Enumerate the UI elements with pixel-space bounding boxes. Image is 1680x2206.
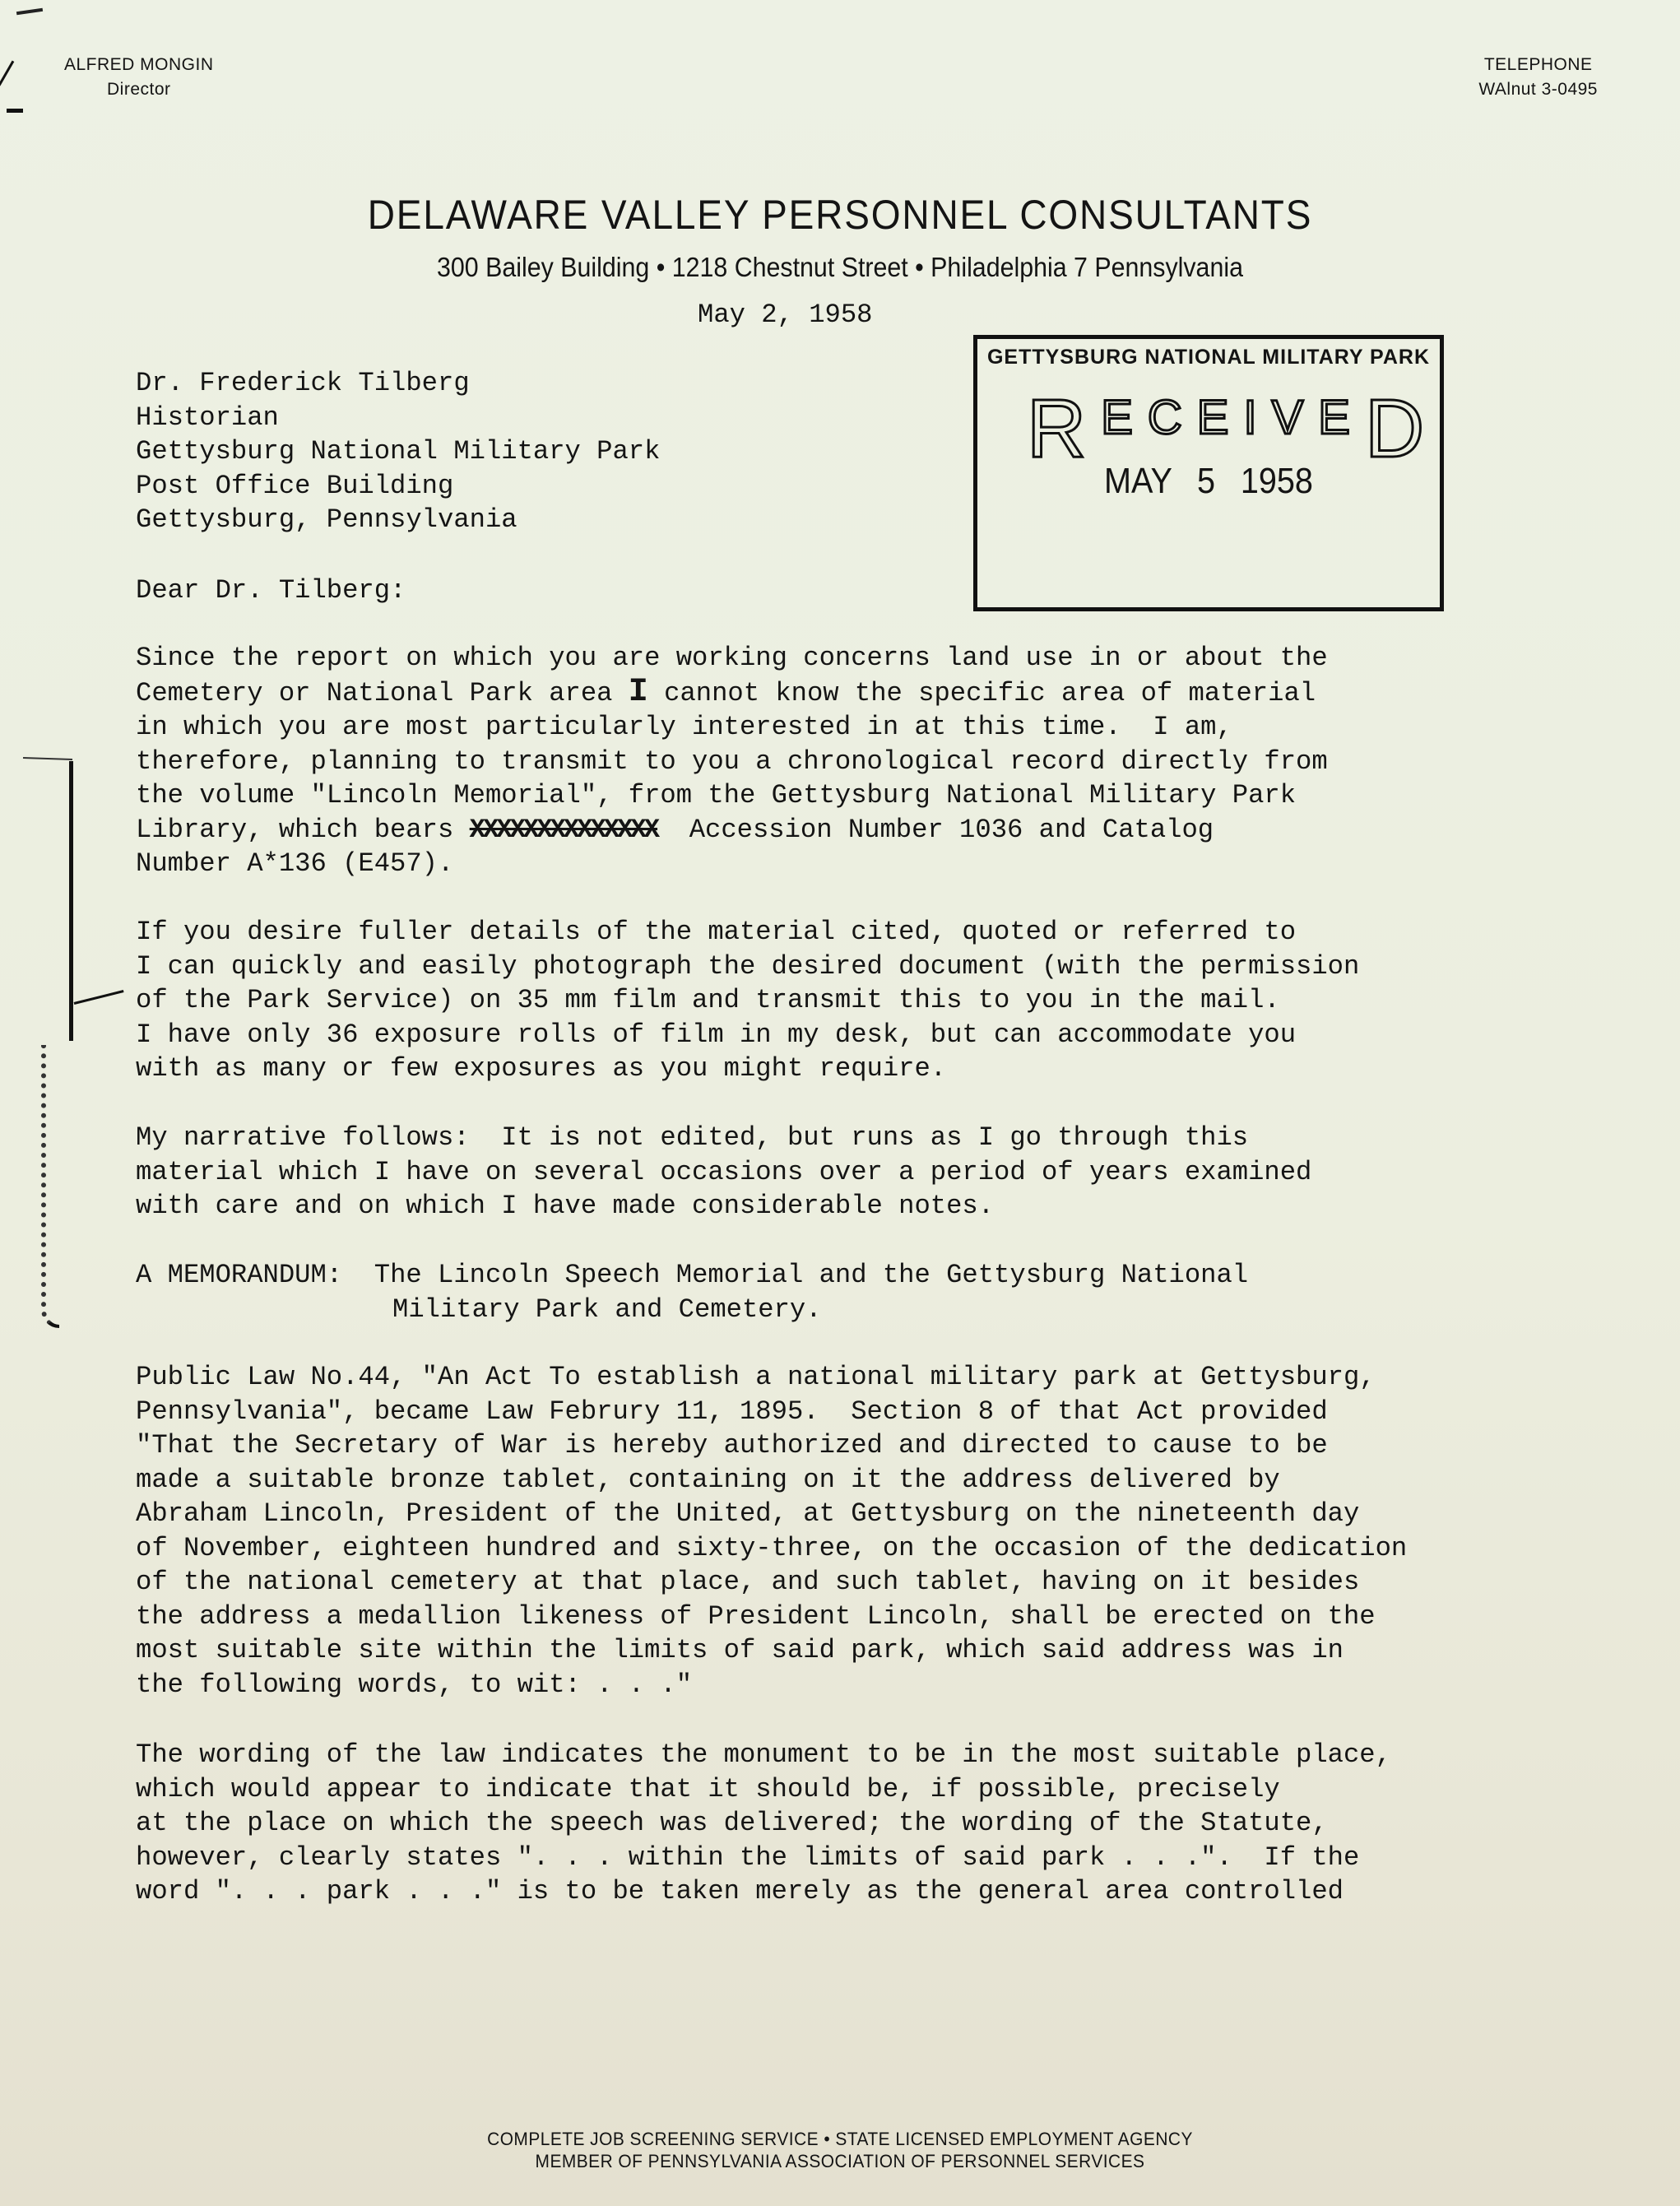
text-line: Since the report on which you are workin…	[136, 641, 1328, 676]
recipient-org: Gettysburg National Military Park	[136, 434, 660, 469]
text-line: Number A*136 (E457).	[136, 847, 1328, 881]
recipient-building: Post Office Building	[136, 469, 660, 504]
text-line: of November, eighteen hundred and sixty-…	[136, 1531, 1407, 1566]
company-address: 300 Bailey Building • 1218 Chestnut Stre…	[67, 252, 1613, 283]
text-line: Public Law No.44, "An Act To establish a…	[136, 1360, 1407, 1395]
text-line: with care and on which I have made consi…	[136, 1189, 1311, 1224]
text-line: however, clearly states ". . . within th…	[136, 1841, 1391, 1875]
text-line: I have only 36 exposure rolls of film in…	[136, 1018, 1359, 1052]
text-line: the address a medallion likeness of Pres…	[136, 1600, 1407, 1634]
text-line: Library, which bears XXXXXXXXXXXXXX Acce…	[136, 813, 1328, 848]
pencil-mark	[0, 61, 14, 86]
text-line: word ". . . park . . ." is to be taken m…	[136, 1874, 1391, 1909]
memorandum-heading: A MEMORANDUM: The Lincoln Speech Memoria…	[136, 1258, 1248, 1326]
received-stamp: GETTYSBURG NATIONAL MILITARY PARK RECEIV…	[973, 335, 1444, 611]
footer-line-1: COMPLETE JOB SCREENING SERVICE • STATE L…	[42, 2128, 1638, 2150]
text-line: "That the Secretary of War is hereby aut…	[136, 1428, 1407, 1463]
pencil-mark	[16, 8, 43, 15]
telephone-number: WAlnut 3-0495	[1478, 77, 1598, 102]
text-line: made a suitable bronze tablet, containin…	[136, 1463, 1407, 1498]
telephone-block: TELEPHONE WAlnut 3-0495	[1478, 53, 1598, 102]
text-line: most suitable site within the limits of …	[136, 1633, 1407, 1668]
director-title: Director	[64, 77, 214, 102]
letter-page: ALFRED MONGIN Director TELEPHONE WAlnut …	[0, 0, 1680, 2206]
recipient-city: Gettysburg, Pennsylvania	[136, 503, 660, 537]
text-line: at the place on which the speech was del…	[136, 1806, 1391, 1841]
pencil-mark	[7, 109, 23, 113]
company-name: DELAWARE VALLEY PERSONNEL CONSULTANTS	[67, 191, 1613, 239]
text-line: with as many or few exposures as you mig…	[136, 1052, 1359, 1086]
text-line: material which I have on several occasio…	[136, 1155, 1311, 1190]
text-line: of the Park Service) on 35 mm film and t…	[136, 983, 1359, 1018]
text-line: The wording of the law indicates the mon…	[136, 1738, 1391, 1772]
text-line: the volume "Lincoln Memorial", from the …	[136, 778, 1328, 813]
director-block: ALFRED MONGIN Director	[64, 53, 214, 102]
stamp-header: GETTYSBURG NATIONAL MILITARY PARK	[977, 346, 1440, 369]
margin-squiggle-mark	[41, 1045, 59, 1328]
text-line: A MEMORANDUM: The Lincoln Speech Memoria…	[136, 1258, 1248, 1293]
text-line: Cemetery or National Park area I cannot …	[136, 676, 1328, 711]
telephone-label: TELEPHONE	[1478, 53, 1598, 77]
text-line: in which you are most particularly inter…	[136, 710, 1328, 745]
memo-label: A MEMORANDUM:	[136, 1260, 342, 1290]
paragraph-1: Since the report on which you are workin…	[136, 641, 1328, 881]
paragraph-2: If you desire fuller details of the mate…	[136, 915, 1359, 1086]
recipient-name: Dr. Frederick Tilberg	[136, 366, 660, 401]
letterhead-footer: COMPLETE JOB SCREENING SERVICE • STATE L…	[42, 2128, 1638, 2172]
struck-out-text: XXXXXXXXXXXXXX	[470, 815, 657, 845]
text-line: Abraham Lincoln, President of the United…	[136, 1497, 1407, 1531]
stamp-date: MAY 5 1958	[1000, 461, 1417, 502]
margin-bracket-hook	[74, 990, 124, 1005]
letter-date: May 2, 1958	[698, 298, 872, 332]
text-line: therefore, planning to transmit to you a…	[136, 745, 1328, 779]
memo-title: The Lincoln Speech Memorial and the Gett…	[374, 1260, 1248, 1290]
paragraph-4: Public Law No.44, "An Act To establish a…	[136, 1360, 1407, 1702]
paragraph-5: The wording of the law indicates the mon…	[136, 1738, 1391, 1909]
text-line: of the national cemetery at that place, …	[136, 1565, 1407, 1600]
text-line: which would appear to indicate that it s…	[136, 1772, 1391, 1807]
paragraph-3: My narrative follows: It is not edited, …	[136, 1121, 1311, 1224]
footer-line-2: MEMBER OF PENNSYLVANIA ASSOCIATION OF PE…	[42, 2150, 1638, 2172]
text-line: My narrative follows: It is not edited, …	[136, 1121, 1311, 1155]
text-line: I can quickly and easily photograph the …	[136, 950, 1359, 984]
margin-bracket	[69, 761, 73, 1041]
recipient-address: Dr. Frederick TilbergHistorianGettysburg…	[136, 366, 660, 537]
text-line: the following words, to wit: . . ."	[136, 1668, 1407, 1702]
director-name: ALFRED MONGIN	[64, 53, 214, 77]
memo-title-cont: Military Park and Cemetery.	[136, 1293, 1248, 1327]
text-line: If you desire fuller details of the mate…	[136, 915, 1359, 950]
ink-correction-mark: I	[629, 674, 648, 711]
margin-bracket-top	[23, 757, 72, 760]
salutation: Dear Dr. Tilberg:	[136, 574, 406, 608]
recipient-title: Historian	[136, 401, 660, 435]
text-line: Pennsylvania", became Law Februry 11, 18…	[136, 1395, 1407, 1429]
